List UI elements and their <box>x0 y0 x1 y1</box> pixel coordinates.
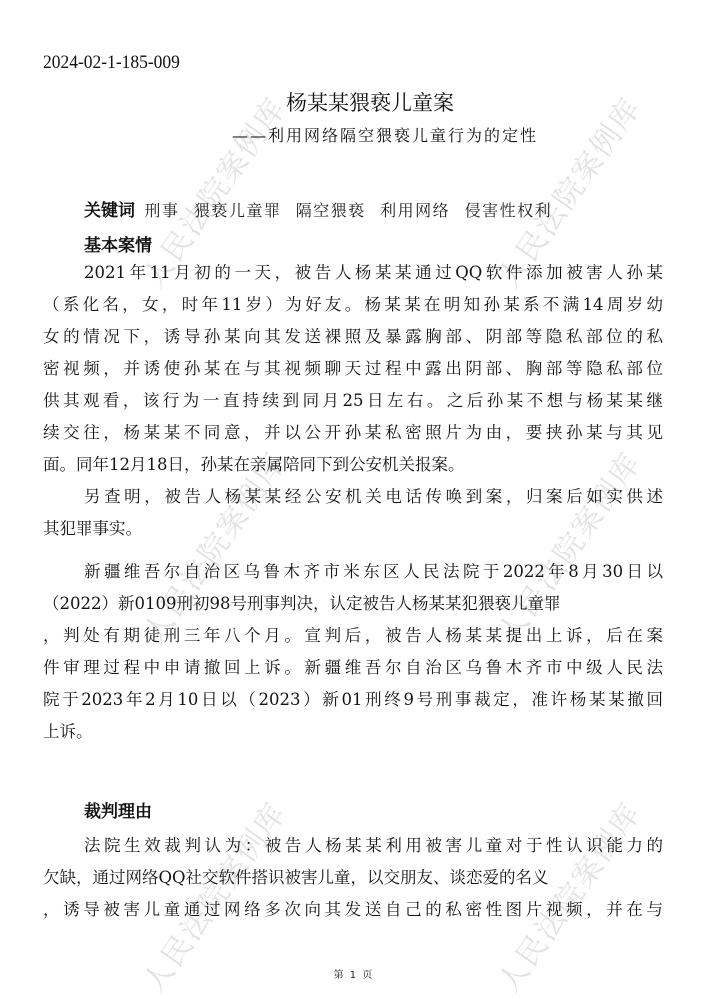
keywords-row: 关键词 刑事 猥亵儿童罪 隔空猥亵 利用网络 侵害性权利 <box>84 196 561 221</box>
paragraph-line: 院于2023年2月10日以（2023）新01刑终9号刑事裁定，准许杨某某撤回 <box>43 690 663 710</box>
keyword: 猥亵儿童罪 <box>194 201 282 220</box>
paragraph-line: 欠缺，通过网络QQ社交软件搭识被害儿童，以交朋友、谈恋爱的名义 <box>43 868 663 888</box>
case-number: 2024-02-1-185-009 <box>43 52 180 74</box>
paragraph-line: 2021年11月初的一天，被告人杨某某通过QQ软件添加被害人孙某 <box>84 263 663 283</box>
section-heading: 基本案情 <box>84 231 152 256</box>
paragraph-line: 密视频，并诱使孙某在与其视频聊天过程中露出阴部、胸部等隐私部位 <box>43 359 663 379</box>
keywords-label: 关键词 <box>84 201 135 221</box>
keyword: 利用网络 <box>380 201 450 220</box>
paragraph-line: 供其观看，该行为一直持续到同月25日左右。之后孙某不想与杨某某继 <box>43 391 663 411</box>
keyword: 侵害性权利 <box>465 201 553 220</box>
paragraph-line: （系化名，女，时年11岁）为好友。杨某某在明知孙某系不满14周岁幼 <box>43 295 663 315</box>
paragraph-line: 上诉。 <box>43 722 663 742</box>
document-title: 杨某某猥亵儿童案 <box>0 87 706 117</box>
paragraph-line: 面。同年12月18日，孙某在亲属陪同下到公安机关报案。 <box>43 455 663 475</box>
keyword: 刑事 <box>144 201 179 220</box>
section-heading: 裁判理由 <box>84 797 152 822</box>
paragraph-line: 续交往，杨某某不同意，并以公开孙某私密照片为由，要挟孙某与其见 <box>43 423 663 443</box>
paragraph-line: （2022）新0109刑初98号刑事判决，认定被告人杨某某犯猥亵儿童罪 <box>43 594 663 614</box>
paragraph-line: ，诱导被害儿童通过网络多次向其发送自己的私密性图片视频，并在与 <box>43 900 663 920</box>
document-subtitle: ——利用网络隔空猥亵儿童行为的定性 <box>232 123 538 146</box>
paragraph-line: 法院生效裁判认为：被告人杨某某利用被害儿童对于性认识能力的 <box>84 836 663 856</box>
keyword: 隔空猥亵 <box>296 201 366 220</box>
page-number: 第 1 页 <box>0 966 706 981</box>
paragraph-line: 其犯罪事实。 <box>43 519 663 539</box>
paragraph-line: 女的情况下，诱导孙某向其发送裸照及暴露胸部、阴部等隐私部位的私 <box>43 327 663 347</box>
paragraph-line: 新疆维吾尔自治区乌鲁木齐市米东区人民法院于2022年8月30日以 <box>84 562 663 582</box>
document-page: 人民法院案例库 人民法院案例库 人民法院案例库 人民法院案例库 人民法院案例库 … <box>0 0 706 999</box>
paragraph-line: 件审理过程中申请撤回上诉。新疆维吾尔自治区乌鲁木齐市中级人民法 <box>43 658 663 678</box>
paragraph-line: ，判处有期徒刑三年八个月。宣判后，被告人杨某某提出上诉，后在案 <box>43 626 663 646</box>
paragraph-line: 另查明，被告人杨某某经公安机关电话传唤到案，归案后如实供述 <box>84 487 663 507</box>
